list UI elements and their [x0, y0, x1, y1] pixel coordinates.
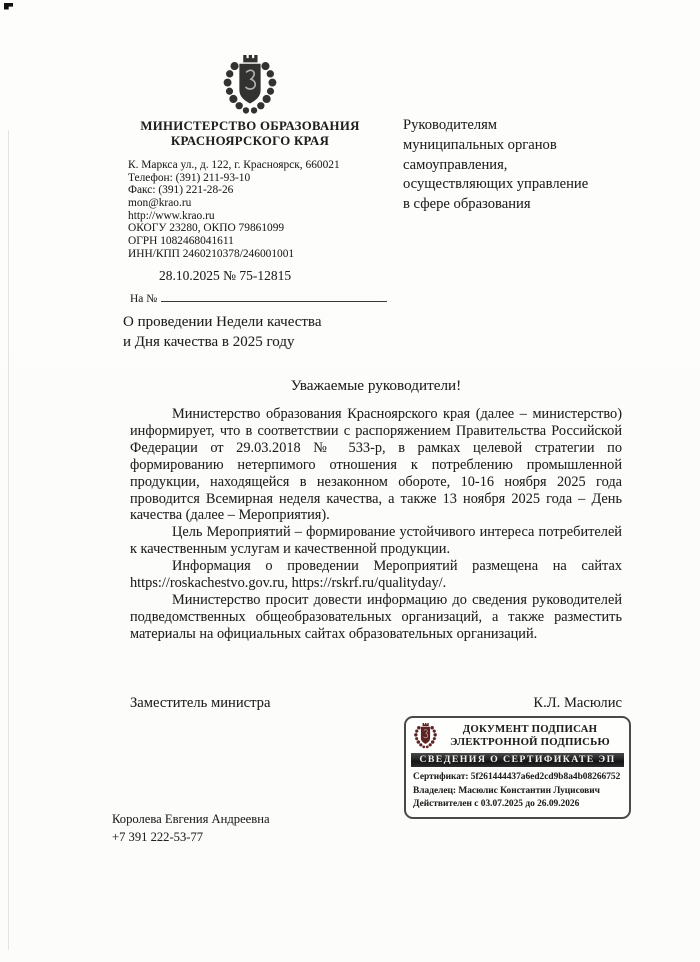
ministry-name-line1: МИНИСТЕРСТВО ОБРАЗОВАНИЯ — [95, 119, 405, 134]
letter-subject: О проведении Недели качества и Дня качес… — [123, 313, 403, 352]
contact-line: К. Маркса ул., д. 122, г. Красноярск, 66… — [128, 159, 398, 172]
certificate-detail-line: Владелец: Масюлис Константин Луцисович — [413, 785, 625, 799]
stamp-coat-of-arms-icon — [413, 722, 438, 749]
signer-name: К.Л. Масюлис — [533, 695, 622, 712]
certificate-detail-line: Действителен с 03.07.2025 до 26.09.2026 — [413, 798, 625, 812]
executor-contact: Королева Евгения Андреевна +7 391 222-53… — [112, 810, 270, 846]
addressee-block: Руководителям муниципальных органов само… — [403, 116, 658, 215]
signer-position: Заместитель министра — [130, 695, 270, 712]
certificate-detail-line: Сертификат: 5f261444437a6ed2cd9b8a4b0826… — [413, 771, 625, 785]
certificate-banner: СВЕДЕНИЯ О СЕРТИФИКАТЕ ЭП — [411, 753, 624, 767]
electronic-signature-stamp: ДОКУМЕНТ ПОДПИСАН ЭЛЕКТРОННОЙ ПОДПИСЬЮ С… — [404, 716, 631, 819]
body-paragraph: Министерство образования Красноярского к… — [130, 406, 622, 524]
body-paragraph: Информация о проведении Мероприятий разм… — [130, 558, 622, 592]
scan-corner-artifact — [4, 3, 13, 12]
certificate-details: Сертификат: 5f261444437a6ed2cd9b8a4b0826… — [406, 767, 629, 812]
contact-line: Факс: (391) 221-28-26 — [128, 184, 398, 197]
contact-line: ИНН/КПП 2460210378/246001001 — [128, 248, 398, 261]
stamp-title-line1: ДОКУМЕНТ ПОДПИСАН — [438, 723, 622, 736]
contact-line: ОГРН 1082468041611 — [128, 235, 398, 248]
stamp-title-line2: ЭЛЕКТРОННОЙ ПОДПИСЬЮ — [438, 736, 622, 749]
body-paragraph: Министерство просит довести информацию д… — [130, 592, 622, 643]
signature-row: Заместитель министра К.Л. Масюлис — [130, 695, 622, 712]
reply-reference-blank — [161, 291, 387, 302]
stamp-header: ДОКУМЕНТ ПОДПИСАН ЭЛЕКТРОННОЙ ПОДПИСЬЮ — [406, 718, 629, 751]
reply-reference-line: На № — [130, 291, 387, 305]
letterhead-contacts: К. Маркса ул., д. 122, г. Красноярск, 66… — [128, 159, 398, 260]
contact-line: ОКОГУ 23280, ОКПО 79861099 — [128, 222, 398, 235]
stamp-title: ДОКУМЕНТ ПОДПИСАН ЭЛЕКТРОННОЙ ПОДПИСЬЮ — [438, 723, 622, 749]
contact-line: mon@krao.ru — [128, 197, 398, 210]
executor-phone: +7 391 222-53-77 — [112, 828, 270, 846]
outgoing-date-number: 28.10.2025 № 75-12815 — [159, 268, 291, 284]
salutation: Уважаемые руководители! — [130, 377, 622, 395]
ministry-name-line2: КРАСНОЯРСКОГО КРАЯ — [95, 134, 405, 149]
contact-line: http://www.krao.ru — [128, 210, 398, 223]
scanned-letter-page: МИНИСТЕРСТВО ОБРАЗОВАНИЯ КРАСНОЯРСКОГО К… — [0, 0, 700, 962]
reply-reference-label: На № — [130, 293, 157, 305]
scan-edge-line — [8, 130, 9, 950]
letter-body: Министерство образования Красноярского к… — [130, 406, 622, 643]
body-paragraph: Цель Мероприятий – формирование устойчив… — [130, 524, 622, 558]
ministry-name: МИНИСТЕРСТВО ОБРАЗОВАНИЯ КРАСНОЯРСКОГО К… — [95, 119, 405, 149]
krasnoyarsk-coat-of-arms-icon — [221, 53, 279, 115]
contact-line: Телефон: (391) 211-93-10 — [128, 172, 398, 185]
executor-name: Королева Евгения Андреевна — [112, 810, 270, 828]
